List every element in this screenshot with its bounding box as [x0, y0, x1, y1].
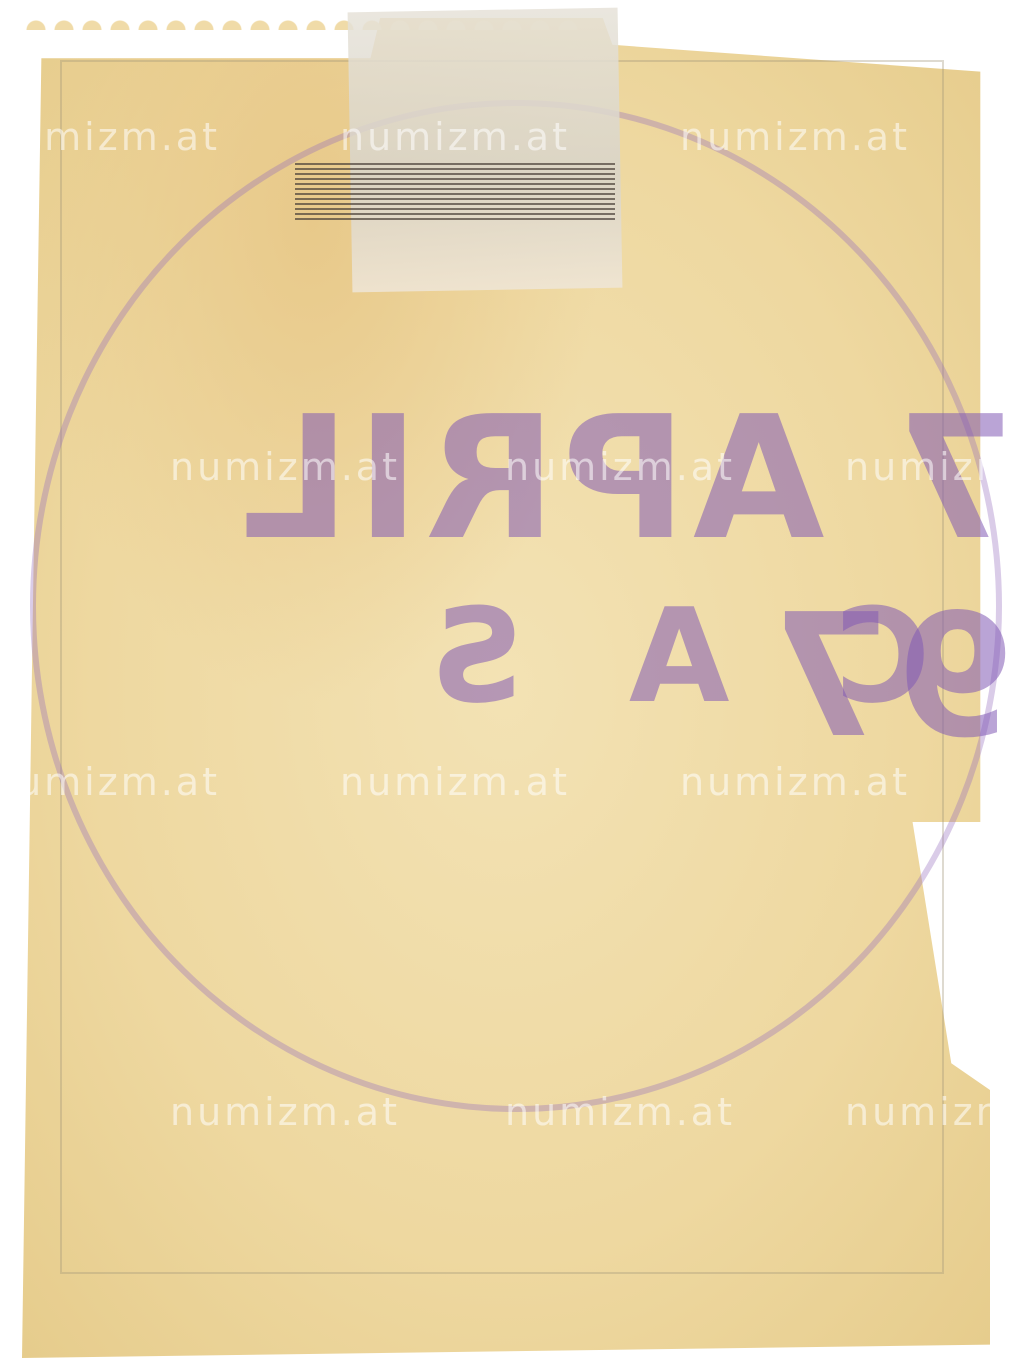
watermark: numizm.at	[680, 115, 910, 159]
watermark: numizm.at	[845, 445, 1014, 489]
watermark: numizm.at	[170, 445, 400, 489]
watermark: numizm.at	[340, 115, 570, 159]
watermark: numizm.at	[680, 760, 910, 804]
watermark: numizm.at	[845, 1090, 1014, 1134]
watermark: numizm.at	[340, 760, 570, 804]
watermark: numizm.at	[505, 445, 735, 489]
postmark-subtext: C A S	[400, 580, 930, 732]
watermark: numizm.at	[505, 1090, 735, 1134]
hinge-ink-marks	[295, 160, 615, 220]
watermark: numizm.at	[170, 1090, 400, 1134]
watermark: numizm.at	[0, 760, 220, 804]
watermark: numizm.at	[0, 115, 220, 159]
